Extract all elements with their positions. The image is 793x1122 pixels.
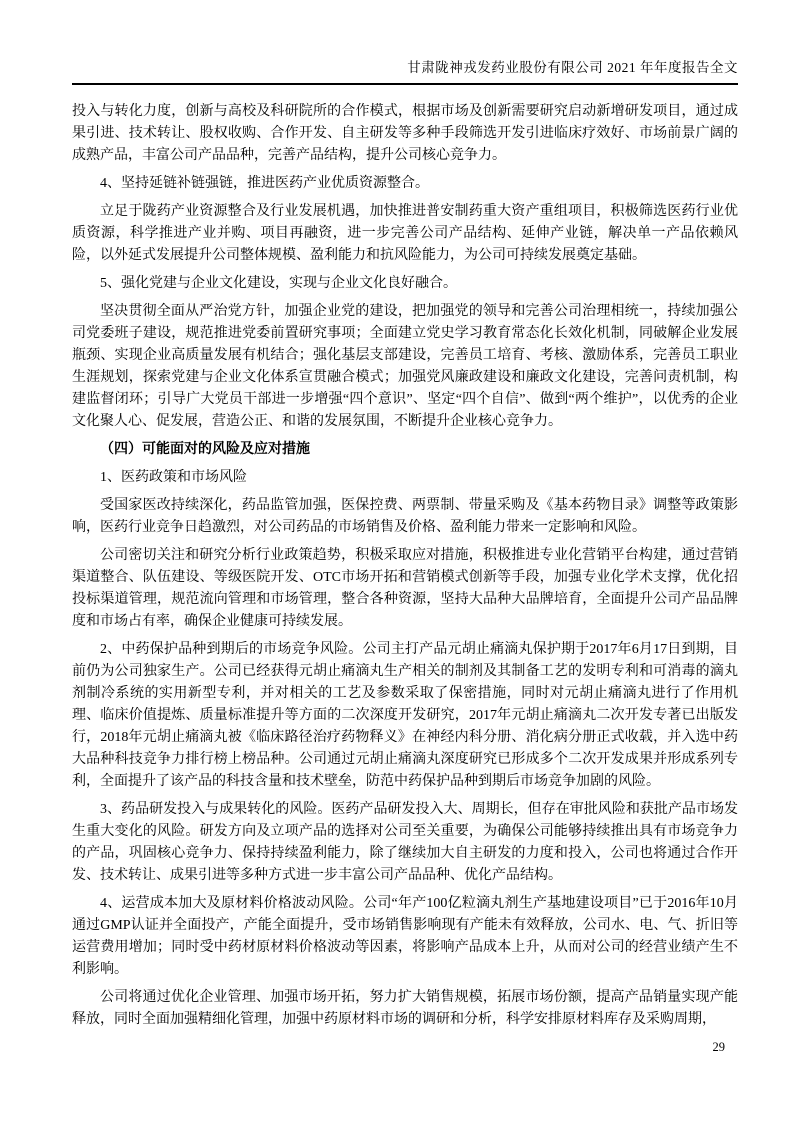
list-item-heading: 5、强化党建与企业文化建设，实现与企业文化良好融合。 [72,273,738,295]
paragraph: 坚决贯彻全面从严治党方针，加强企业党的建设，把加强党的领导和完善公司治理相统一，… [72,301,738,433]
paragraph: 立足于陇药产业资源整合及行业发展机遇，加快推进普安制药重大资产重组项目，积极筛选… [72,201,738,267]
paragraph-continues-next-page: 公司将通过优化企业管理、加强市场开拓，努力扩大销售规模，拓展市场份额，提高产品销… [72,987,738,1031]
paragraph: 4、运营成本加大及原材料价格波动风险。公司“年产100亿粒滴丸剂生产基地建设项目… [72,893,738,981]
report-page: 甘肃陇神戎发药业股份有限公司 2021 年年度报告全文 投入与转化力度，创新与高… [0,0,793,1122]
paragraph: 2、中药保护品种到期后的市场竞争风险。公司主打产品元胡止痛滴丸保护期于2017年… [72,639,738,793]
paragraph: 3、药品研发投入与成果转化的风险。医药产品研发投入大、周期长，但存在审批风险和获… [72,799,738,887]
paragraph: 受国家医改持续深化，药品监管加强，医保控费、两票制、带量采购及《基本药物目录》调… [72,495,738,539]
header-title: 甘肃陇神戎发药业股份有限公司 2021 年年度报告全文 [407,60,738,75]
section-heading: （四）可能面对的风险及应对措施 [72,439,738,461]
subsection-heading: 1、医药政策和市场风险 [72,467,738,489]
paragraph-continuation: 投入与转化力度，创新与高校及科研院所的合作模式，根据市场及创新需要研究启动新增研… [72,101,738,167]
list-item-heading: 4、坚持延链补链强链，推进医药产业优质资源整合。 [72,173,738,195]
page-header: 甘肃陇神戎发药业股份有限公司 2021 年年度报告全文 [72,58,738,85]
page-number: 29 [713,1040,726,1055]
paragraph: 公司密切关注和研究分析行业政策趋势，积极采取应对措施，积极推进专业化营销平台构建… [72,545,738,633]
document-body: 投入与转化力度，创新与高校及科研院所的合作模式，根据市场及创新需要研究启动新增研… [72,95,738,1037]
